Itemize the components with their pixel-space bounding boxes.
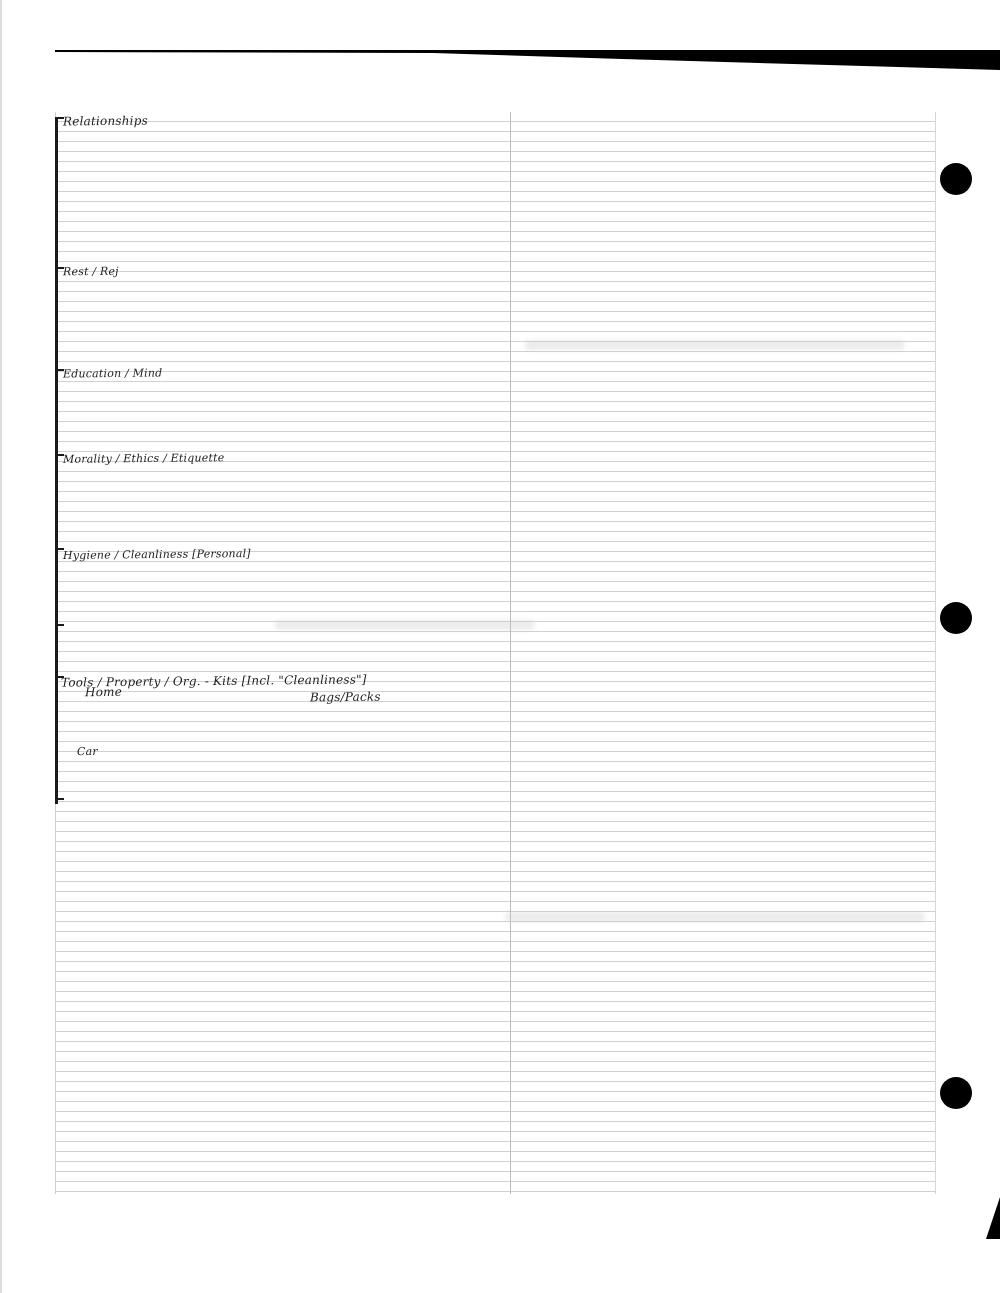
section-heading-morality: Morality / Ethics / Etiquette	[63, 451, 225, 466]
section-heading-relationships: Relationships	[63, 114, 148, 129]
paper-smudge	[505, 912, 925, 922]
binder-hole-top	[940, 163, 972, 195]
paper-smudge	[525, 340, 905, 350]
binder-hole-middle	[940, 602, 972, 634]
rule-lines	[55, 112, 935, 1194]
scan-corner-artifact	[986, 1197, 1000, 1239]
bracket-tick	[55, 624, 64, 626]
scan-left-edge	[0, 0, 2, 1293]
paper-smudge	[275, 620, 535, 630]
section-heading-hygiene: Hygiene / Cleanliness [Personal]	[63, 547, 251, 562]
bracket-tick	[55, 798, 64, 800]
subitem-home: Home	[85, 685, 122, 699]
binder-hole-bottom	[940, 1077, 972, 1109]
section-bracket-line	[55, 117, 58, 804]
page-right-edge	[935, 112, 936, 1194]
center-divider-line	[510, 112, 511, 1194]
section-heading-education: Education / Mind	[63, 366, 162, 380]
subitem-car: Car	[77, 745, 98, 758]
subitem-bags-packs: Bags/Packs	[310, 690, 381, 705]
section-heading-rest: Rest / Rej	[63, 265, 119, 279]
lined-page: Relationships Rest / Rej Education / Min…	[55, 112, 935, 1194]
